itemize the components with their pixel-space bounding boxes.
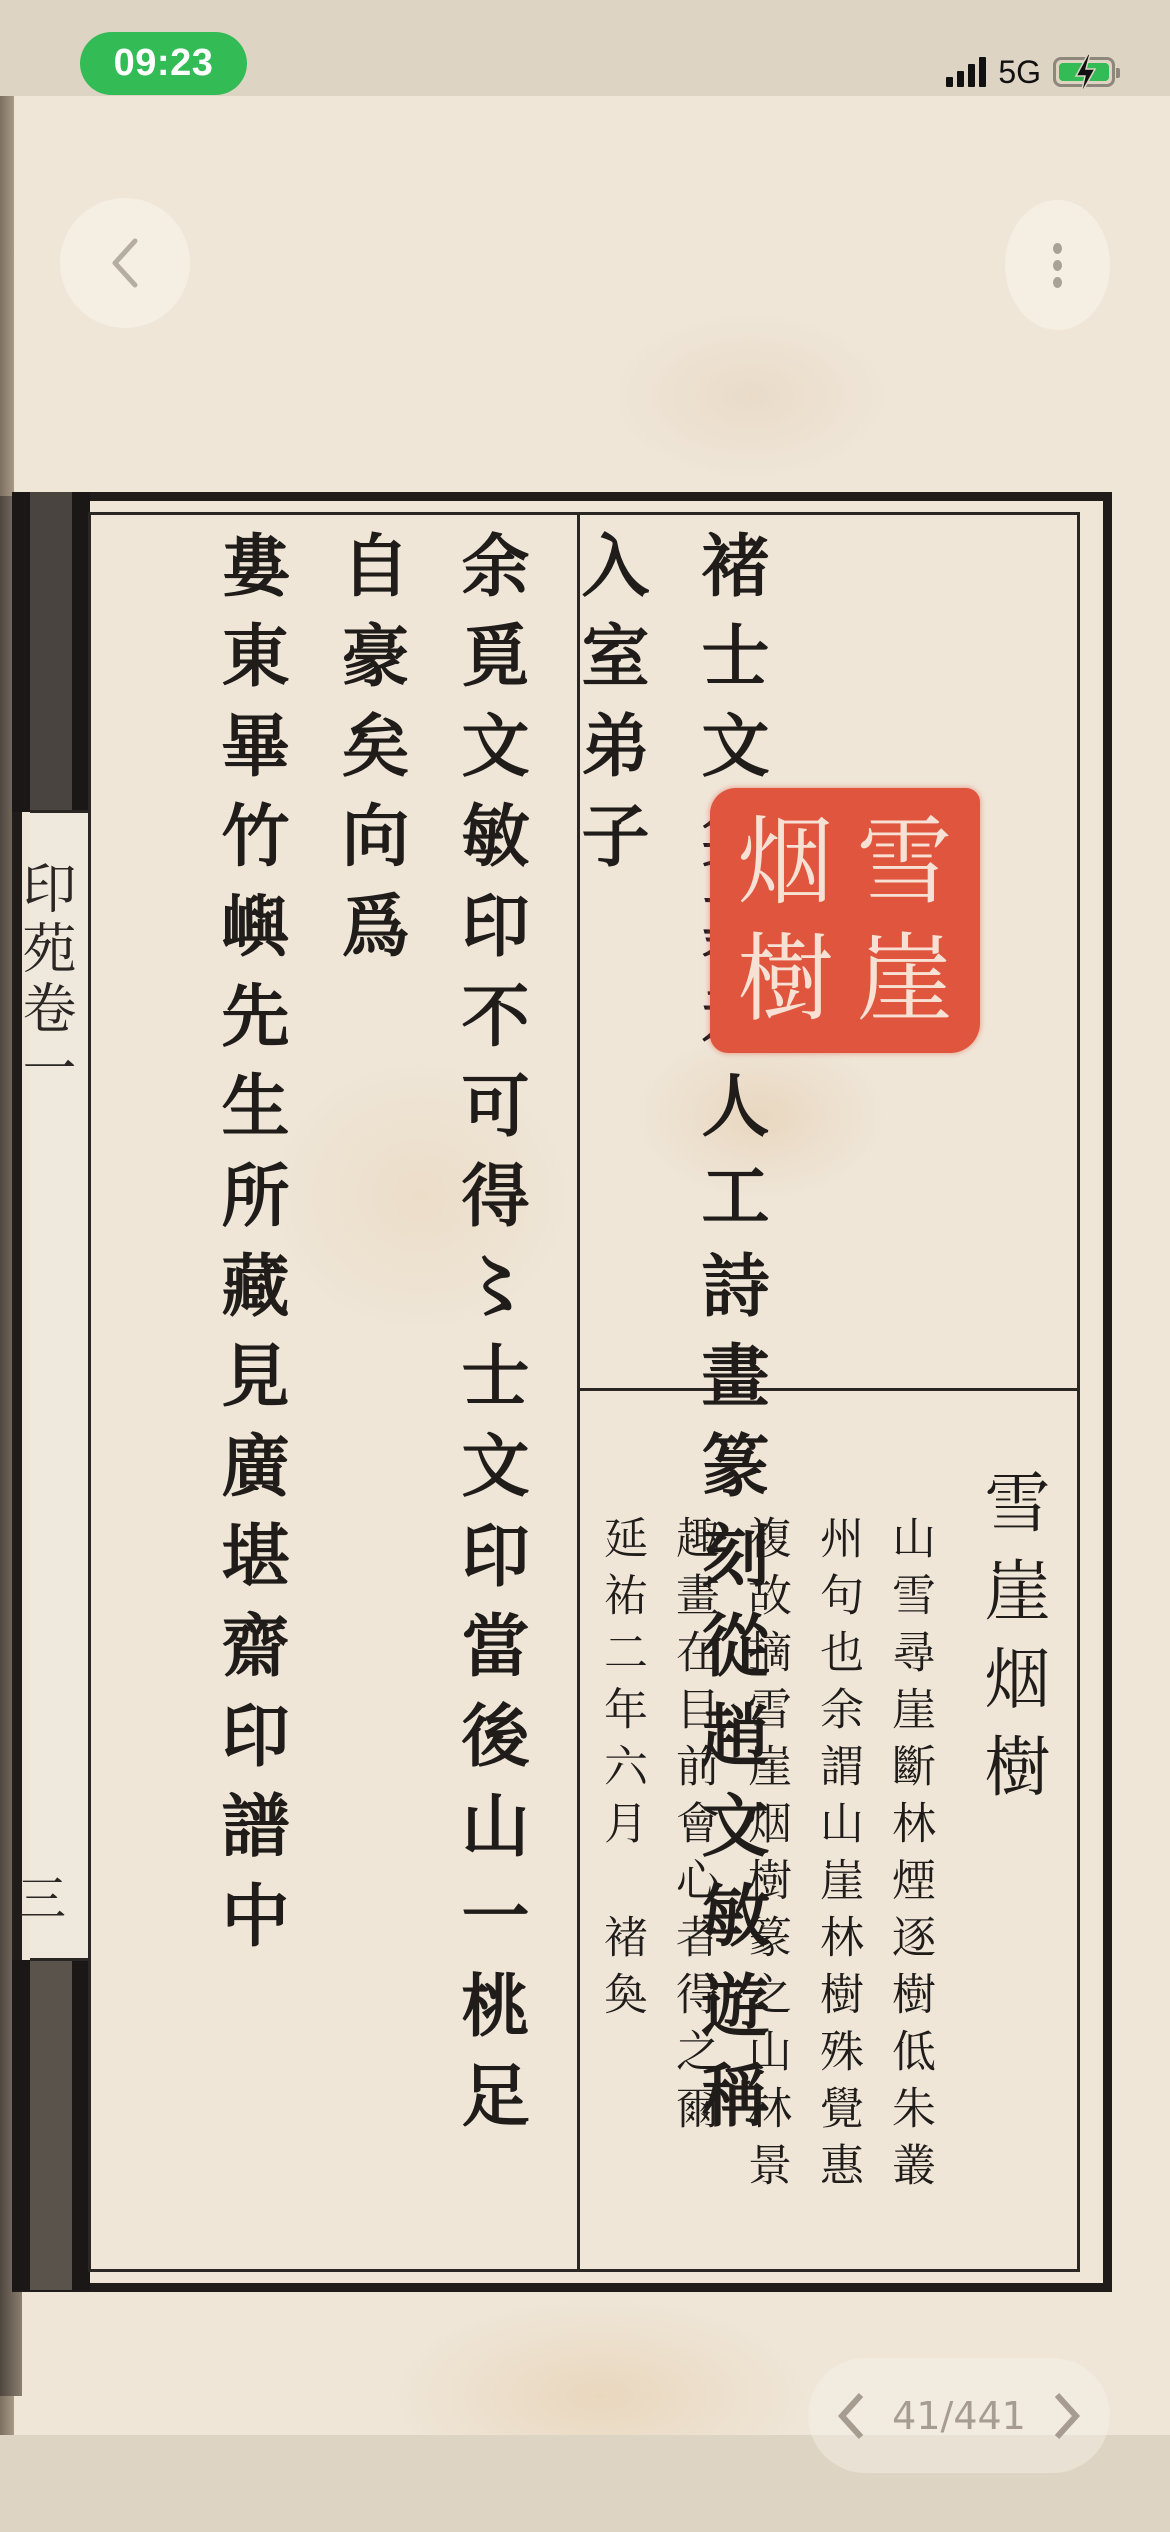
margin-book-title: 印苑卷一 [14,860,84,1100]
seal-char: 樹 [726,921,845,1038]
status-time: 09:23 [80,32,247,95]
more-vertical-icon [1053,243,1062,288]
red-seal-stamp: 雪 崖 烟 樹 [710,788,980,1053]
seal-char: 崖 [845,921,964,1038]
seal-char: 烟 [726,804,845,921]
note-line: 趣畫在目前會心者得之爾 [657,1515,729,2255]
next-page-button[interactable] [1044,2386,1090,2446]
chevron-left-icon [836,2391,866,2441]
chevron-right-icon [1052,2391,1082,2441]
note-line: 山雪尋崖斷林煙逐樹低朱叢 [873,1515,945,2255]
note-line: 複故摘雪崖烟樹篆之山林景 [729,1515,801,2255]
battery-charging-icon [1053,57,1115,87]
preface-line: 婁東畢竹嶼先生所藏見廣堪齋印譜中 [190,530,310,2230]
status-indicators: 5G [946,52,1115,92]
margin-rule-top [30,810,90,813]
seal-title: 雪崖烟樹 [964,1468,1059,1820]
seal-note: 山雪尋崖斷林煙逐樹低朱叢 州句也余謂山崖林樹殊覺惠 複故摘雪崖烟樹篆之山林景 趣… [585,1515,945,2255]
fishtail-block-bottom [12,1960,90,2290]
margin-page-number: 三 [18,1860,66,1929]
more-options-button[interactable] [1005,200,1110,330]
margin-rule-bottom [30,1958,90,1961]
note-line: 州句也余謂山崖林樹殊覺惠 [801,1515,873,2255]
page-navigator: 41/441 [808,2358,1110,2473]
preface-line: 余覓文敏印不可得〻士文印當後山一桃足自豪矣向爲 [310,530,550,2230]
network-type: 5G [998,54,1041,91]
fishtail-block-top [12,492,90,812]
previous-page-button[interactable] [828,2386,874,2446]
cellular-signal-icon [946,57,986,87]
status-bar: 09:23 5G [0,0,1170,96]
seal-char: 雪 [845,804,964,921]
back-button[interactable] [60,198,190,328]
note-line: 延祐二年六月 褚奐 [585,1515,657,2255]
chevron-left-icon [105,233,145,293]
page-counter: 41/441 [892,2394,1026,2438]
